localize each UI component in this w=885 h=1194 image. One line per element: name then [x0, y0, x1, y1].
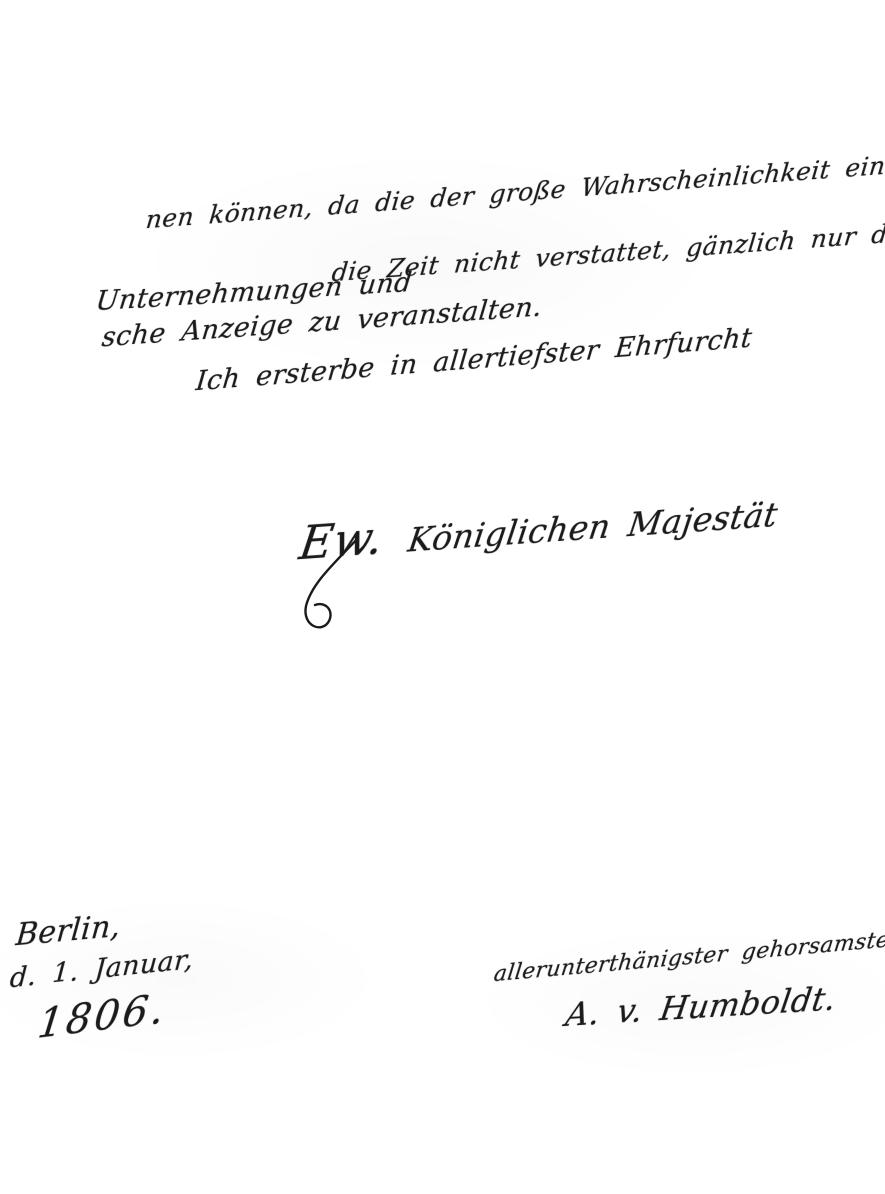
handwritten-line-2: die Zeit nicht verstattet, gänzlich nur …: [330, 216, 885, 287]
salutation-rest: Königlichen Majestät: [406, 494, 781, 559]
humboldt-signature: A. v. Humboldt.: [563, 979, 839, 1034]
dateline-year: 1806.: [35, 986, 169, 1049]
handwritten-line-1: nen können, da die der große Wahrscheinl…: [145, 140, 885, 234]
pen-flourish-stroke: [296, 534, 376, 634]
manuscript-page: nen können, da die der große Wahrscheinl…: [0, 0, 885, 1194]
closing-valediction: allerunterthänigster gehorsamster: [492, 926, 885, 987]
dateline-city: Berlin,: [14, 909, 122, 954]
